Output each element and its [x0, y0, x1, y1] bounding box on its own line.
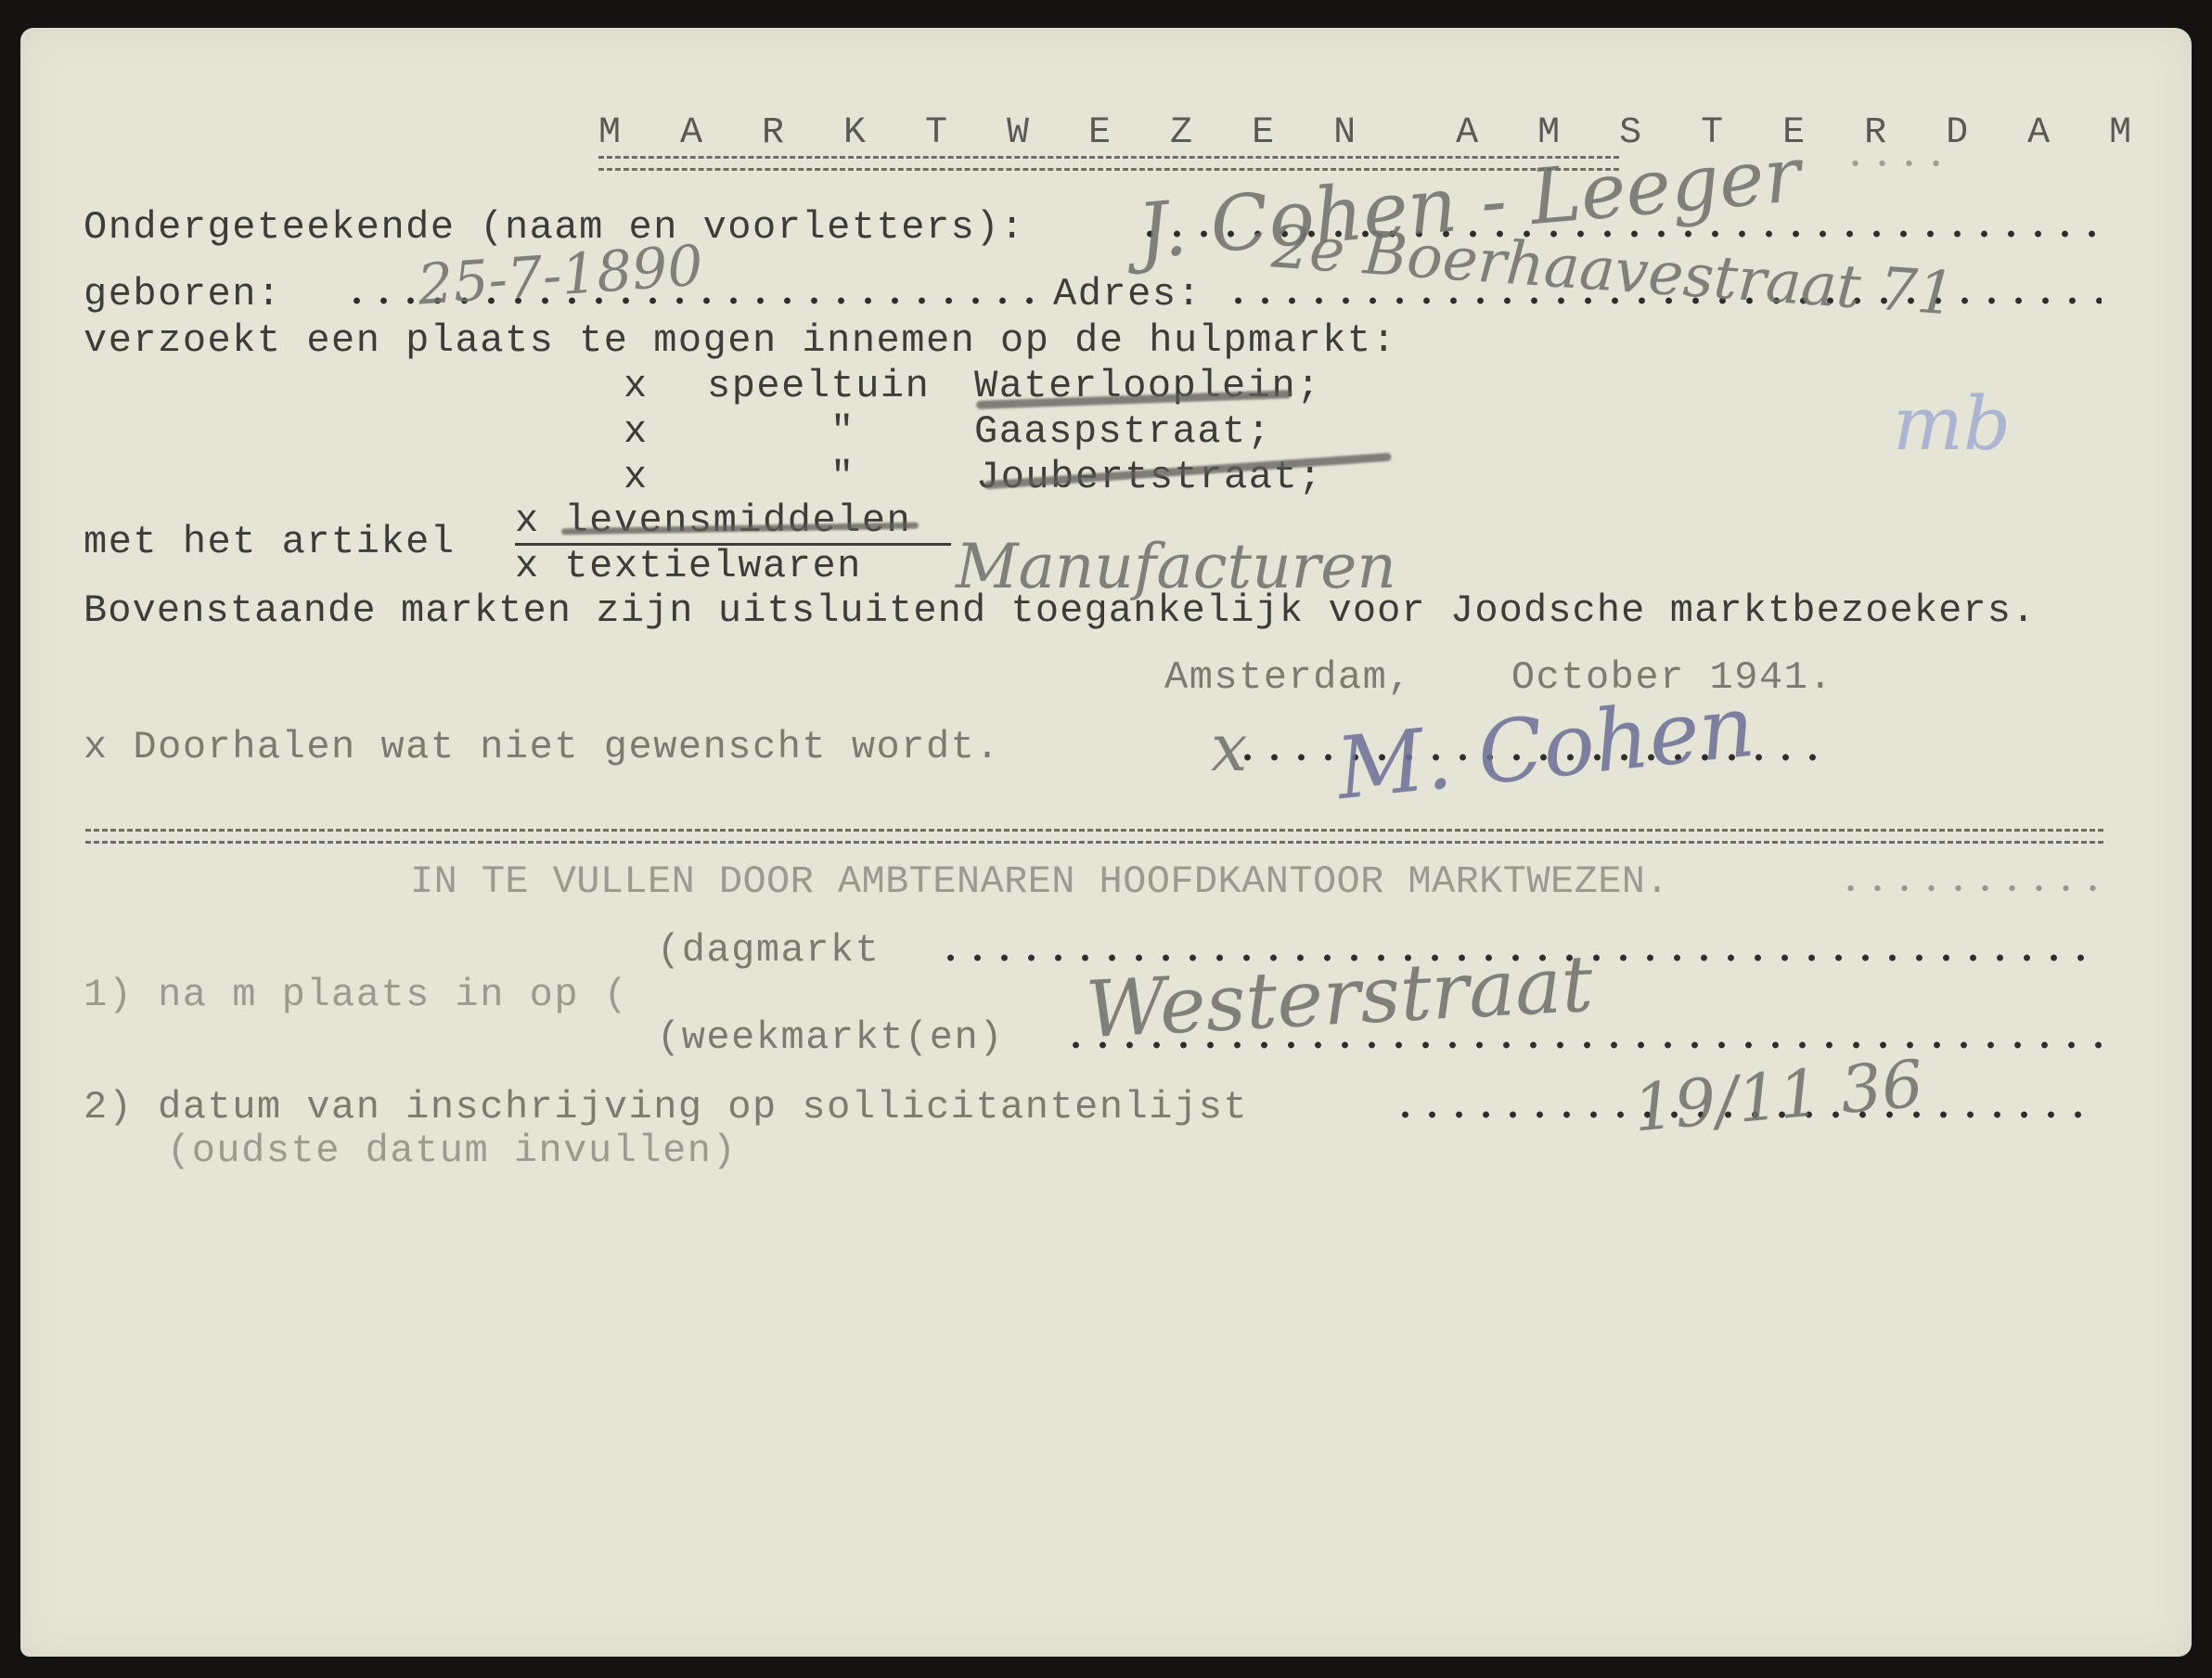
jewish-only-notice: Bovenstaande markten zijn uitsluitend to… [84, 588, 2036, 633]
market-2-name: Gaaspstraat; [974, 409, 1271, 454]
market-1-mark: x [624, 364, 649, 408]
market-2-mark: x [624, 409, 649, 454]
section-separator [85, 829, 2103, 844]
margin-initials: mb [1893, 381, 2011, 467]
official-heading: IN TE VULLEN DOOR AMBTENAREN HOOFDKANTOO… [410, 859, 1669, 904]
address-label: Adres: [1053, 272, 1202, 316]
decorative-dots [1842, 160, 1953, 167]
heading-trailing-dots [1837, 884, 2102, 892]
market-2-type: " [830, 409, 855, 454]
signature-x-mark: x [1211, 710, 1247, 786]
market-3-mark: x [624, 455, 649, 499]
article-1: x levensmiddelen [515, 498, 911, 543]
form-title: M A R K T W E Z E N A M S T E R D A M [598, 111, 2150, 156]
market-1-type: speeltuin [707, 364, 930, 408]
born-label: geboren: [84, 272, 282, 316]
item2-label: 2) datum van inschrijving op sollicitant… [84, 1085, 1248, 1129]
request-intro: verzoekt een plaats te mogen innemen op … [84, 318, 1396, 363]
article-2: x textielwaren [515, 544, 862, 588]
strike-instruction: x Doorhalen wat niet gewenscht wordt. [84, 725, 1000, 769]
item2-sublabel: (oudste datum invullen) [167, 1129, 737, 1173]
article-label: met het artikel [84, 520, 456, 564]
daymarket-label: (dagmarkt [657, 928, 880, 973]
weekmarket-label: (weekmarkt(en) [657, 1015, 1004, 1060]
market-3-type: " [830, 455, 855, 499]
item1-label: 1) na m plaats in op ( [84, 973, 629, 1017]
